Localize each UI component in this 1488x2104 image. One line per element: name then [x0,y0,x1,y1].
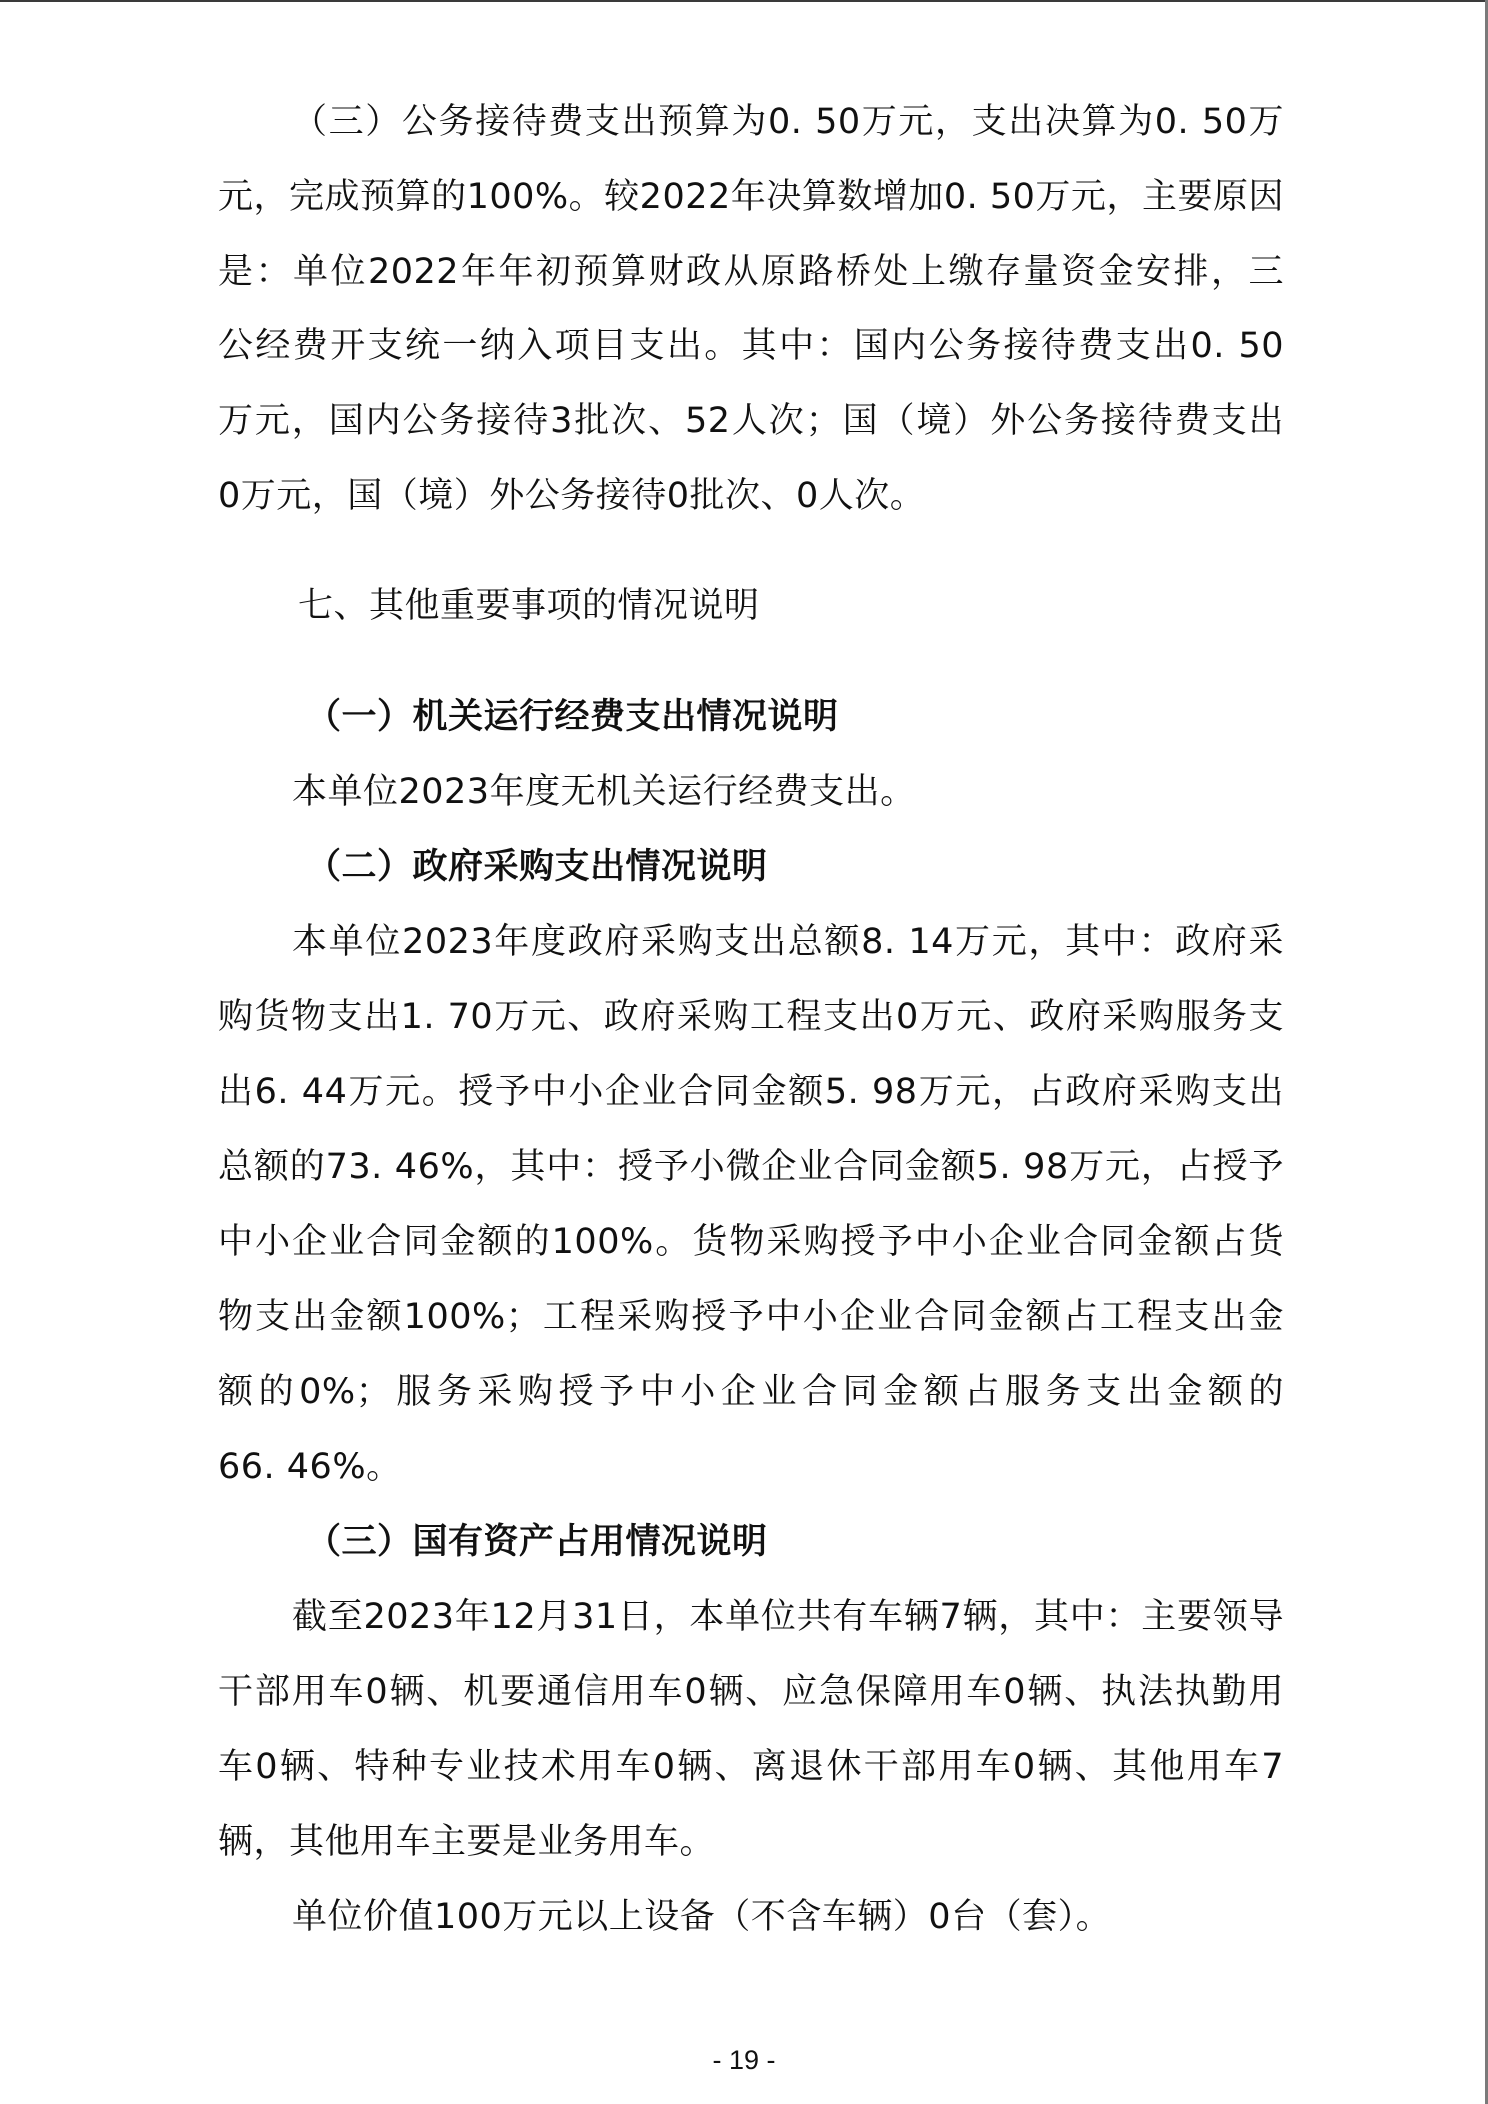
paragraph-line: 额的0%；服务采购授予中小企业合同金额占服务支出金额的 [218,1370,1284,1414]
paragraph-line: 元，完成预算的100%。较2022年决算数增加0. 50万元，主要原因 [218,175,1284,219]
paragraph-line: 总额的73. 46%，其中：授予小微企业合同金额5. 98万元，占授予 [218,1145,1284,1189]
subsection-heading-operating-expenses: （一）机关运行经费支出情况说明 [306,695,839,739]
page-border-top [0,0,1488,2]
section-heading: 七、其他重要事项的情况说明 [298,584,760,628]
subsection-heading-procurement: （二）政府采购支出情况说明 [306,845,768,889]
paragraph-line: 公经费开支统一纳入项目支出。其中：国内公务接待费支出0. 50 [218,324,1284,368]
subsection-heading-state-assets: （三）国有资产占用情况说明 [306,1520,768,1564]
page-number: - 19 - [0,2044,1488,2076]
paragraph-line: 辆，其他用车主要是业务用车。 [218,1820,715,1864]
paragraph-line: 出6. 44万元。授予中小企业合同金额5. 98万元，占政府采购支出 [218,1070,1284,1114]
paragraph-line: 0万元，国（境）外公务接待0批次、0人次。 [218,474,925,518]
paragraph-line: 66. 46%。 [218,1445,402,1489]
paragraph-line: 干部用车0辆、机要通信用车0辆、应急保障用车0辆、执法执勤用 [218,1670,1284,1714]
paragraph-line: 购货物支出1. 70万元、政府采购工程支出0万元、政府采购服务支 [218,995,1284,1039]
paragraph-line: （三）公务接待费支出预算为0. 50万元，支出决算为0. 50万 [292,100,1284,144]
paragraph-line: 物支出金额100%；工程采购授予中小企业合同金额占工程支出金 [218,1295,1284,1339]
paragraph-line: 车0辆、特种专业技术用车0辆、离退休干部用车0辆、其他用车7 [218,1745,1284,1789]
paragraph-line: 万元，国内公务接待3批次、52人次；国（境）外公务接待费支出 [218,399,1284,443]
paragraph-line: 单位价值100万元以上设备（不含车辆）0台（套）。 [292,1895,1111,1939]
paragraph-line: 本单位2023年度政府采购支出总额8. 14万元，其中：政府采 [292,920,1284,964]
paragraph-line: 是：单位2022年年初预算财政从原路桥处上缴存量资金安排，三 [218,250,1284,294]
paragraph-line: 本单位2023年度无机关运行经费支出。 [292,770,916,814]
paragraph-line: 截至2023年12月31日，本单位共有车辆7辆，其中：主要领导 [292,1595,1284,1639]
paragraph-line: 中小企业合同金额的100%。货物采购授予中小企业合同金额占货 [218,1220,1284,1264]
